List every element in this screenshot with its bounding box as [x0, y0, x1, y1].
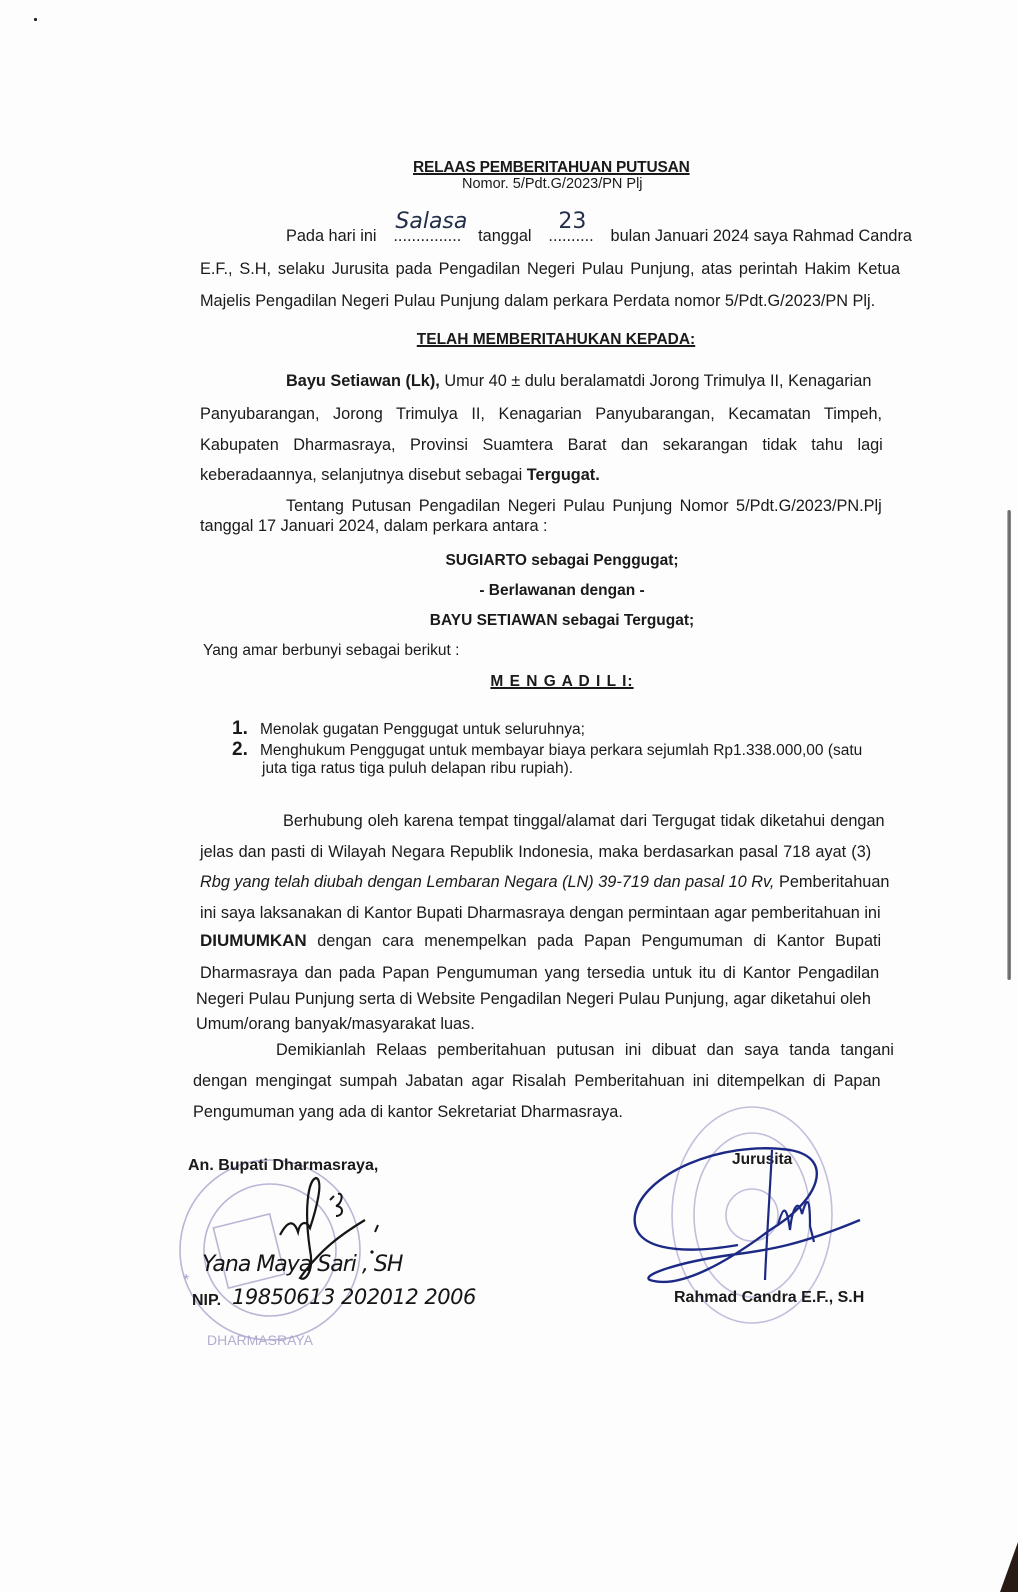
nip-label: NIP.: [192, 1291, 221, 1311]
defendant-line: BAYU SETIAWAN sebagai Tergugat;: [206, 612, 918, 630]
announcement-line-1: Berhubung oleh karena tempat tinggal/ala…: [283, 811, 903, 831]
party-line-1: Bayu Setiawan (Lk), Umur 40 ± dulu beral…: [286, 371, 912, 391]
regarding-line-2: tanggal 17 Januari 2024, dalam perkara a…: [200, 516, 912, 536]
date-field: .......... 23: [548, 226, 593, 246]
party-line-2: Panyubarangan, Jorong Trimulya II, Kenag…: [200, 404, 912, 424]
announcement-line-3: Rbg yang telah diubah dengan Lembaran Ne…: [200, 872, 903, 892]
closing-line-1: Demikianlah Relaas pemberitahuan putusan…: [276, 1040, 912, 1060]
scan-corner-shadow: [1000, 1542, 1018, 1592]
verdict-list: 1.Menolak gugatan Penggugat untuk seluru…: [232, 720, 862, 778]
svg-text:*: *: [183, 1272, 189, 1289]
svg-text:DHARMASRAYA: DHARMASRAYA: [207, 1332, 314, 1348]
plaintiff-line: SUGIARTO sebagai Penggugat;: [206, 552, 918, 570]
opening-line-3: Majelis Pengadilan Negeri Pulau Punjung …: [200, 291, 912, 311]
scan-speck: [34, 18, 37, 21]
opening-line-1: Pada hari ini ............... Salasa tan…: [286, 226, 912, 246]
amar-intro: Yang amar berbunyi sebagai berikut :: [203, 641, 915, 661]
verdict-heading: M E N G A D I L I:: [206, 673, 918, 691]
day-field: ............... Salasa: [393, 226, 461, 246]
announcement-line-5: DIUMUMKAN dengan cara menempelkan pada P…: [200, 931, 903, 951]
nip-handwritten: 19850613 202012 2006: [232, 1287, 476, 1307]
announcement-line-4: ini saya laksanakan di Kantor Bupati Dha…: [200, 903, 903, 923]
left-handwritten-name: Yana Maya Sari , SH: [202, 1255, 402, 1275]
scan-edge-shadow: [1007, 510, 1011, 980]
right-signer-name: Rahmad Candra E.F., S.H: [674, 1288, 864, 1308]
announcement-line-8: Umum/orang banyak/masyarakat luas.: [196, 1014, 908, 1034]
regarding-line-1: Tentang Putusan Pengadilan Negeri Pulau …: [286, 496, 912, 516]
handwritten-date: 23: [558, 212, 586, 232]
verdict-item: 2.Menghukum Penggugat untuk membayar bia…: [232, 741, 862, 778]
handwritten-day: Salasa: [395, 212, 467, 232]
document-page: RELAAS PEMBERITAHUAN PUTUSAN Nomor. 5/Pd…: [0, 0, 1018, 1592]
announcement-line-6: Dharmasraya dan pada Papan Pengumuman ya…: [200, 963, 903, 983]
announcement-line-2: jelas dan pasti di Wilayah Negara Republ…: [200, 842, 903, 862]
document-number: Nomor. 5/Pdt.G/2023/PN Plj: [462, 174, 643, 194]
versus-line: - Berlawanan dengan -: [206, 582, 918, 600]
announcement-line-7: Negeri Pulau Punjung serta di Website Pe…: [196, 989, 903, 1009]
right-signature: [620, 1130, 880, 1290]
notify-heading: TELAH MEMBERITAHUKAN KEPADA:: [200, 331, 912, 349]
opening-line-2: E.F., S.H, selaku Jurusita pada Pengadil…: [200, 259, 912, 279]
party-line-3: Kabupaten Dharmasraya, Provinsi Suamtera…: [200, 435, 912, 455]
party-line-4: keberadaannya, selanjutnya disebut sebag…: [200, 465, 912, 485]
closing-line-2: dengan mengingat sumpah Jabatan agar Ris…: [193, 1071, 913, 1091]
verdict-item: 1.Menolak gugatan Penggugat untuk seluru…: [232, 720, 862, 739]
